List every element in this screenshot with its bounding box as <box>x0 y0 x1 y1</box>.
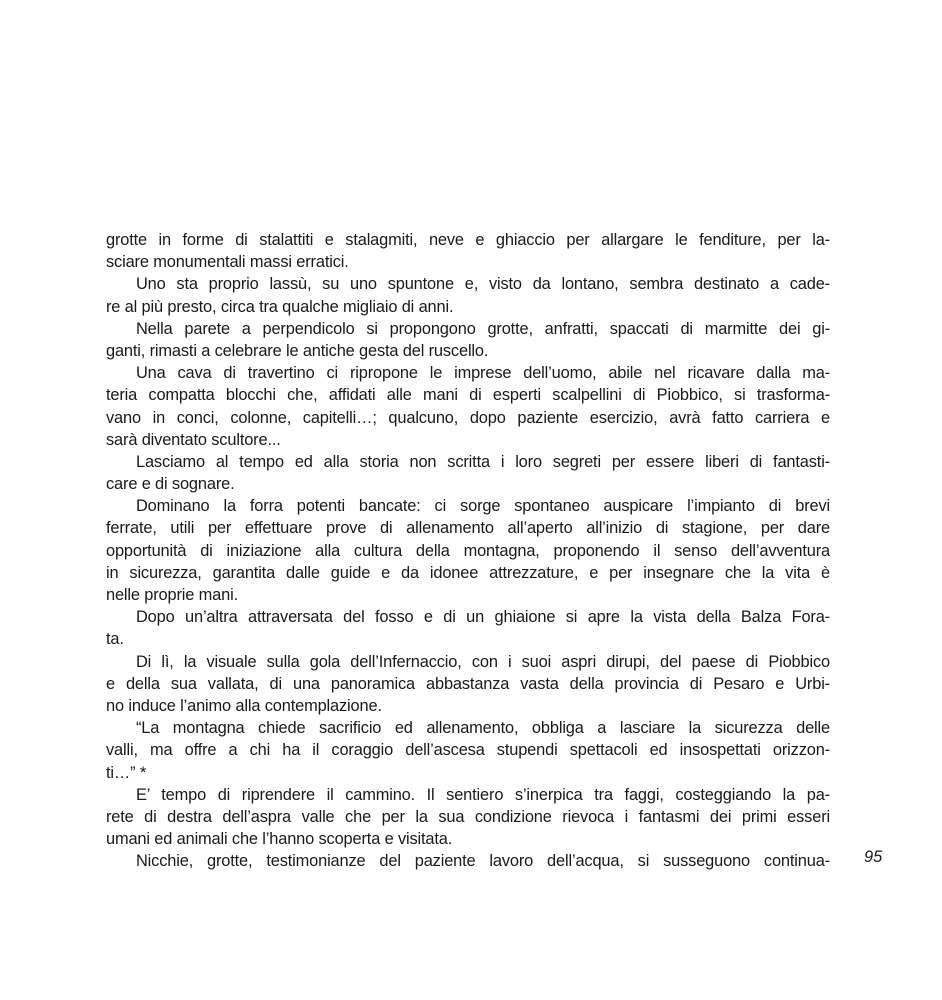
text-line: grotte in forme di stalattiti e stalagmi… <box>106 229 830 251</box>
text-line: re al più presto, circa tra qualche migl… <box>106 296 830 318</box>
text-line: valli, ma offre a chi ha il coraggio del… <box>106 739 830 761</box>
text-line: ganti, rimasti a celebrare le antiche ge… <box>106 340 830 362</box>
text-line: opportunità di iniziazione alla cultura … <box>106 540 830 562</box>
text-line: umani ed animali che l’hanno scoperta e … <box>106 828 830 850</box>
text-line: Dominano la forra potenti bancate: ci so… <box>106 495 830 517</box>
text-line: nelle proprie mani. <box>106 584 830 606</box>
text-line: E’ tempo di riprendere il cammino. Il se… <box>106 784 830 806</box>
text-line: teria compatta blocchi che, affidati all… <box>106 384 830 406</box>
text-line: Nella parete a perpendicolo si propongon… <box>106 318 830 340</box>
text-line: no induce l’animo alla contemplazione. <box>106 695 830 717</box>
text-line: rete di destra dell’aspra valle che per … <box>106 806 830 828</box>
text-line: Di lì, la visuale sulla gola dell’Infern… <box>106 651 830 673</box>
text-line: e della sua vallata, di una panoramica a… <box>106 673 830 695</box>
body-text: grotte in forme di stalattiti e stalagmi… <box>106 229 830 872</box>
text-line: Una cava di travertino ci ripropone le i… <box>106 362 830 384</box>
text-line: sciare monumentali massi erratici. <box>106 251 830 273</box>
text-line: care e di sognare. <box>106 473 830 495</box>
text-line: Nicchie, grotte, testimonianze del pazie… <box>106 850 830 872</box>
text-line: ti…” * <box>106 762 830 784</box>
text-line: Lasciamo al tempo ed alla storia non scr… <box>106 451 830 473</box>
text-line: ferrate, utili per effettuare prove di a… <box>106 517 830 539</box>
text-line: ta. <box>106 628 830 650</box>
text-line: sarà diventato scultore... <box>106 429 830 451</box>
text-line: in sicurezza, garantita dalle guide e da… <box>106 562 830 584</box>
document-page: grotte in forme di stalattiti e stalagmi… <box>0 0 942 1000</box>
text-line: vano in conci, colonne, capitelli…; qual… <box>106 407 830 429</box>
page-number: 95 <box>864 846 882 868</box>
text-line: “La montagna chiede sacrificio ed allena… <box>106 717 830 739</box>
text-line: Uno sta proprio lassù, su uno spuntone e… <box>106 273 830 295</box>
text-line: Dopo un’altra attraversata del fosso e d… <box>106 606 830 628</box>
